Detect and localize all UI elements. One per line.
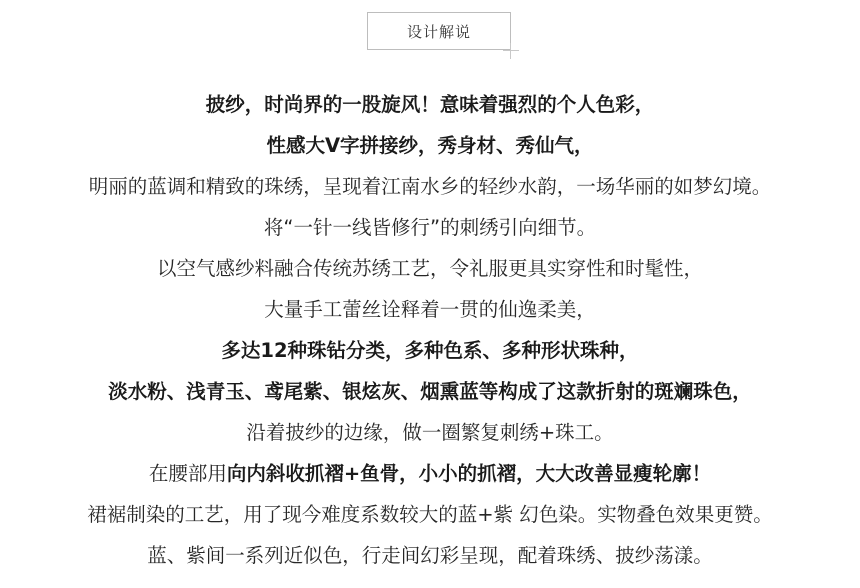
description-line-5: 以空气感纱料融合传统苏绣工艺，令礼服更具实穿性和时髦性，: [0, 248, 860, 289]
section-title: 设计解说: [407, 21, 471, 42]
description-line-10-lead: 在腰部用: [149, 462, 227, 485]
description-line-4: 将“一针一线皆修行”的刺绣引向细节。: [0, 207, 860, 248]
description-line-7: 多达12种珠钻分类，多种色系、多种形状珠种，: [0, 330, 860, 371]
design-description: 披纱，时尚界的一股旋风！意味着强烈的个人色彩， 性感大V字拼接纱，秀身材、秀仙气…: [0, 84, 860, 576]
description-line-12: 蓝、紫间一系列近似色，行走间幻彩呈现，配着珠绣、披纱荡漾。: [0, 535, 860, 576]
description-line-1: 披纱，时尚界的一股旋风！意味着强烈的个人色彩，: [0, 84, 860, 125]
description-line-8: 淡水粉、浅青玉、鸢尾紫、银炫灰、烟熏蓝等构成了这款折射的斑斓珠色，: [0, 371, 860, 412]
section-title-box: 设计解说: [367, 12, 511, 50]
description-line-10: 在腰部用向内斜收抓褶+鱼骨，小小的抓褶，大大改善显瘦轮廓！: [0, 453, 860, 494]
description-line-2: 性感大V字拼接纱，秀身材、秀仙气，: [0, 125, 860, 166]
description-line-3: 明丽的蓝调和精致的珠绣，呈现着江南水乡的轻纱水韵，一场华丽的如梦幻境。: [0, 166, 860, 207]
plus-decoration-icon: [503, 43, 519, 59]
description-line-6: 大量手工蕾丝诠释着一贯的仙逸柔美，: [0, 289, 860, 330]
description-line-10-highlight: 向内斜收抓褶+鱼骨，小小的抓褶，大大改善显瘦轮廓！: [227, 462, 711, 485]
description-line-11: 裙裾制染的工艺，用了现今难度系数较大的蓝+紫 幻色染。实物叠色效果更赞。: [0, 494, 860, 535]
description-line-9: 沿着披纱的边缘，做一圈繁复刺绣+珠工。: [0, 412, 860, 453]
